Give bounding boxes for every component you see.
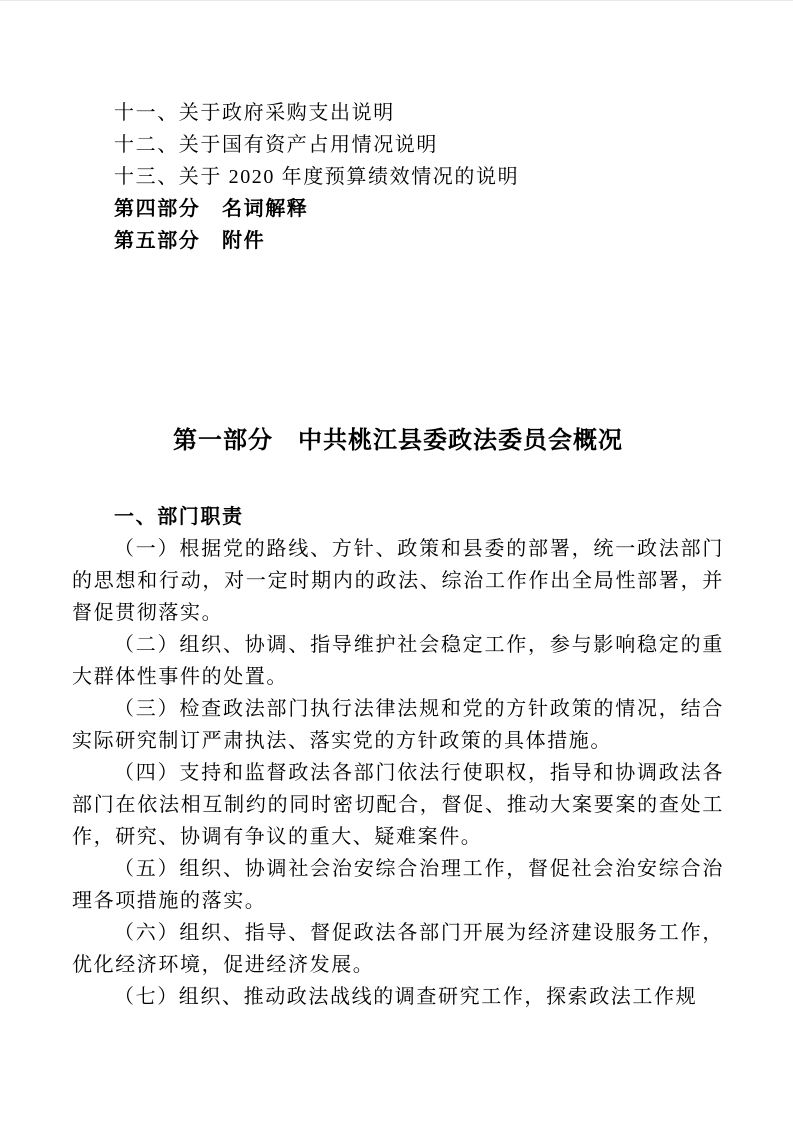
part-one-title: 第一部分 中共桃江县委政法委员会概况 <box>72 421 724 461</box>
duty-paragraph-4: （四）支持和监督政法各部门依法行使职权，指导和协调政法各部门在依法相互制约的同时… <box>72 757 724 853</box>
toc-item-13: 十三、关于 2020 年度预算绩效情况的说明 <box>72 161 724 193</box>
document-page: 十一、关于政府采购支出说明 十二、关于国有资产占用情况说明 十三、关于 2020… <box>0 0 793 1122</box>
table-of-contents: 十一、关于政府采购支出说明 十二、关于国有资产占用情况说明 十三、关于 2020… <box>72 97 724 257</box>
toc-item-12: 十二、关于国有资产占用情况说明 <box>72 129 724 161</box>
duties-subsection-heading: 一、部门职责 <box>72 501 724 533</box>
part-one-body: 一、部门职责 （一）根据党的路线、方针、政策和县委的部署，统一政法部门的思想和行… <box>72 501 724 1013</box>
duty-paragraph-5: （五）组织、协调社会治安综合治理工作，督促社会治安综合治理各项措施的落实。 <box>72 853 724 917</box>
duty-paragraph-7: （七）组织、推动政法战线的调查研究工作，探索政法工作规 <box>72 981 724 1013</box>
toc-item-11: 十一、关于政府采购支出说明 <box>72 97 724 129</box>
duty-paragraph-2: （二）组织、协调、指导维护社会稳定工作，参与影响稳定的重大群体性事件的处置。 <box>72 629 724 693</box>
duty-paragraph-6: （六）组织、指导、督促政法各部门开展为经济建设服务工作，优化经济环境，促进经济发… <box>72 917 724 981</box>
toc-part-five-heading: 第五部分 附件 <box>72 225 724 257</box>
duty-paragraph-3: （三）检查政法部门执行法律法规和党的方针政策的情况，结合实际研究制订严肃执法、落… <box>72 693 724 757</box>
duty-paragraph-1: （一）根据党的路线、方针、政策和县委的部署，统一政法部门的思想和行动，对一定时期… <box>72 533 724 629</box>
toc-part-four-heading: 第四部分 名词解释 <box>72 193 724 225</box>
